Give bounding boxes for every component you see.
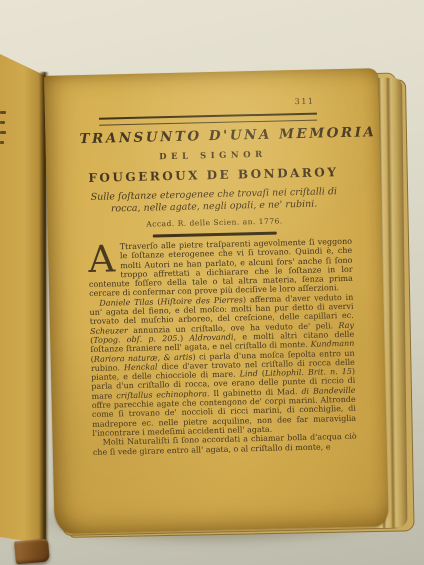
- paragraph-1-text: Ttraverſo alle pietre traſparenti agevol…: [89, 237, 353, 299]
- article-title: TRANSUNTO D'UNA MEMORIA: [79, 126, 345, 147]
- page-number: 311: [295, 97, 315, 106]
- author-name: FOUGEROUX DE BONDAROY: [80, 165, 346, 185]
- paragraph-1: ATtraverſo alle pietre traſparenti agevo…: [88, 237, 353, 299]
- left-page-text-remnant: [0, 104, 8, 144]
- source-citation: Accad. R. delle Scien. an. 1776.: [81, 215, 347, 230]
- section-rule: [153, 232, 277, 237]
- leather-bookmark-tab: [14, 539, 50, 565]
- article-heading: TRANSUNTO D'UNA MEMORIA DEL SIGNOR FOUGE…: [79, 126, 347, 239]
- paragraph-2: Daniele Tilas (Hiſtoire des Pierres) aff…: [89, 293, 356, 439]
- page-content: 311 TRANSUNTO D'UNA MEMORIA DEL SIGNOR F…: [44, 68, 389, 534]
- photo-scene: 311 TRANSUNTO D'UNA MEMORIA DEL SIGNOR F…: [0, 0, 424, 565]
- header-rule: [99, 113, 317, 126]
- drop-cap: A: [88, 242, 120, 275]
- body-text: ATtraverſo alle pietre traſparenti agevo…: [88, 237, 357, 457]
- article-subject: Sulle ſoſtanze eterogenee che trovaſi ne…: [85, 186, 343, 216]
- author-prefix: DEL SIGNOR: [80, 148, 346, 164]
- right-page: 311 TRANSUNTO D'UNA MEMORIA DEL SIGNOR F…: [44, 68, 389, 534]
